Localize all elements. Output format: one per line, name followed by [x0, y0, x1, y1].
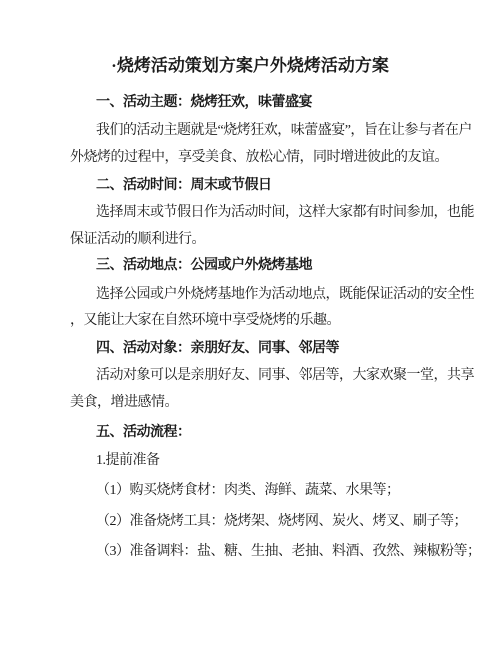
- heading-activity-location: 三、活动地点：公园或户外烧烤基地: [96, 252, 312, 279]
- doc-title: ·烧烤活动策划方案户外烧烤活动方案: [0, 53, 500, 79]
- theme-paragraph-line-2: 外烧烤的过程中，享受美食、放松心情，同时增进彼此的友谊。: [70, 144, 448, 171]
- theme-paragraph-line-1: 我们的活动主题就是“烧烤狂欢，味蕾盛宴”，旨在让参与者在户: [96, 117, 472, 144]
- heading-activity-process: 五、活动流程：: [96, 419, 191, 446]
- process-list-item-1: （1）购买烧烤食材：肉类、海鲜、蔬菜、水果等；: [96, 477, 400, 504]
- heading-activity-time: 二、活动时间：周末或节假日: [96, 172, 272, 199]
- heading-activity-theme: 一、活动主题：烧烤狂欢，味蕾盛宴: [96, 89, 312, 116]
- time-paragraph-line-2: 保证活动的顺利进行。: [70, 226, 205, 253]
- process-step-title: 1.提前准备: [96, 447, 160, 474]
- process-list-item-3: （3）准备调料：盐、糖、生抽、老抽、料酒、孜然、辣椒粉等；: [96, 538, 481, 565]
- time-paragraph-line-1: 选择周末或节假日作为活动时间，这样大家都有时间参加，也能: [96, 199, 474, 226]
- location-paragraph-line-2: ，又能让大家在自然环境中享受烧烤的乐趣。: [70, 307, 340, 334]
- location-paragraph-line-1: 选择公园或户外烧烤基地作为活动地点，既能保证活动的安全性: [96, 281, 474, 308]
- heading-activity-participants: 四、活动对象：亲朋好友、同事、邻居等: [96, 335, 339, 362]
- participants-paragraph-line-1: 活动对象可以是亲朋好友、同事、邻居等，大家欢聚一堂，共享: [96, 362, 474, 389]
- participants-paragraph-line-2: 美食，增进感情。: [70, 389, 178, 416]
- process-list-item-2: （2）准备烧烤工具：烧烤架、烧烤网、炭火、烤叉、刷子等；: [96, 508, 467, 535]
- document-page: ·烧烤活动策划方案户外烧烤活动方案 一、活动主题：烧烤狂欢，味蕾盛宴 我们的活动…: [0, 0, 500, 647]
